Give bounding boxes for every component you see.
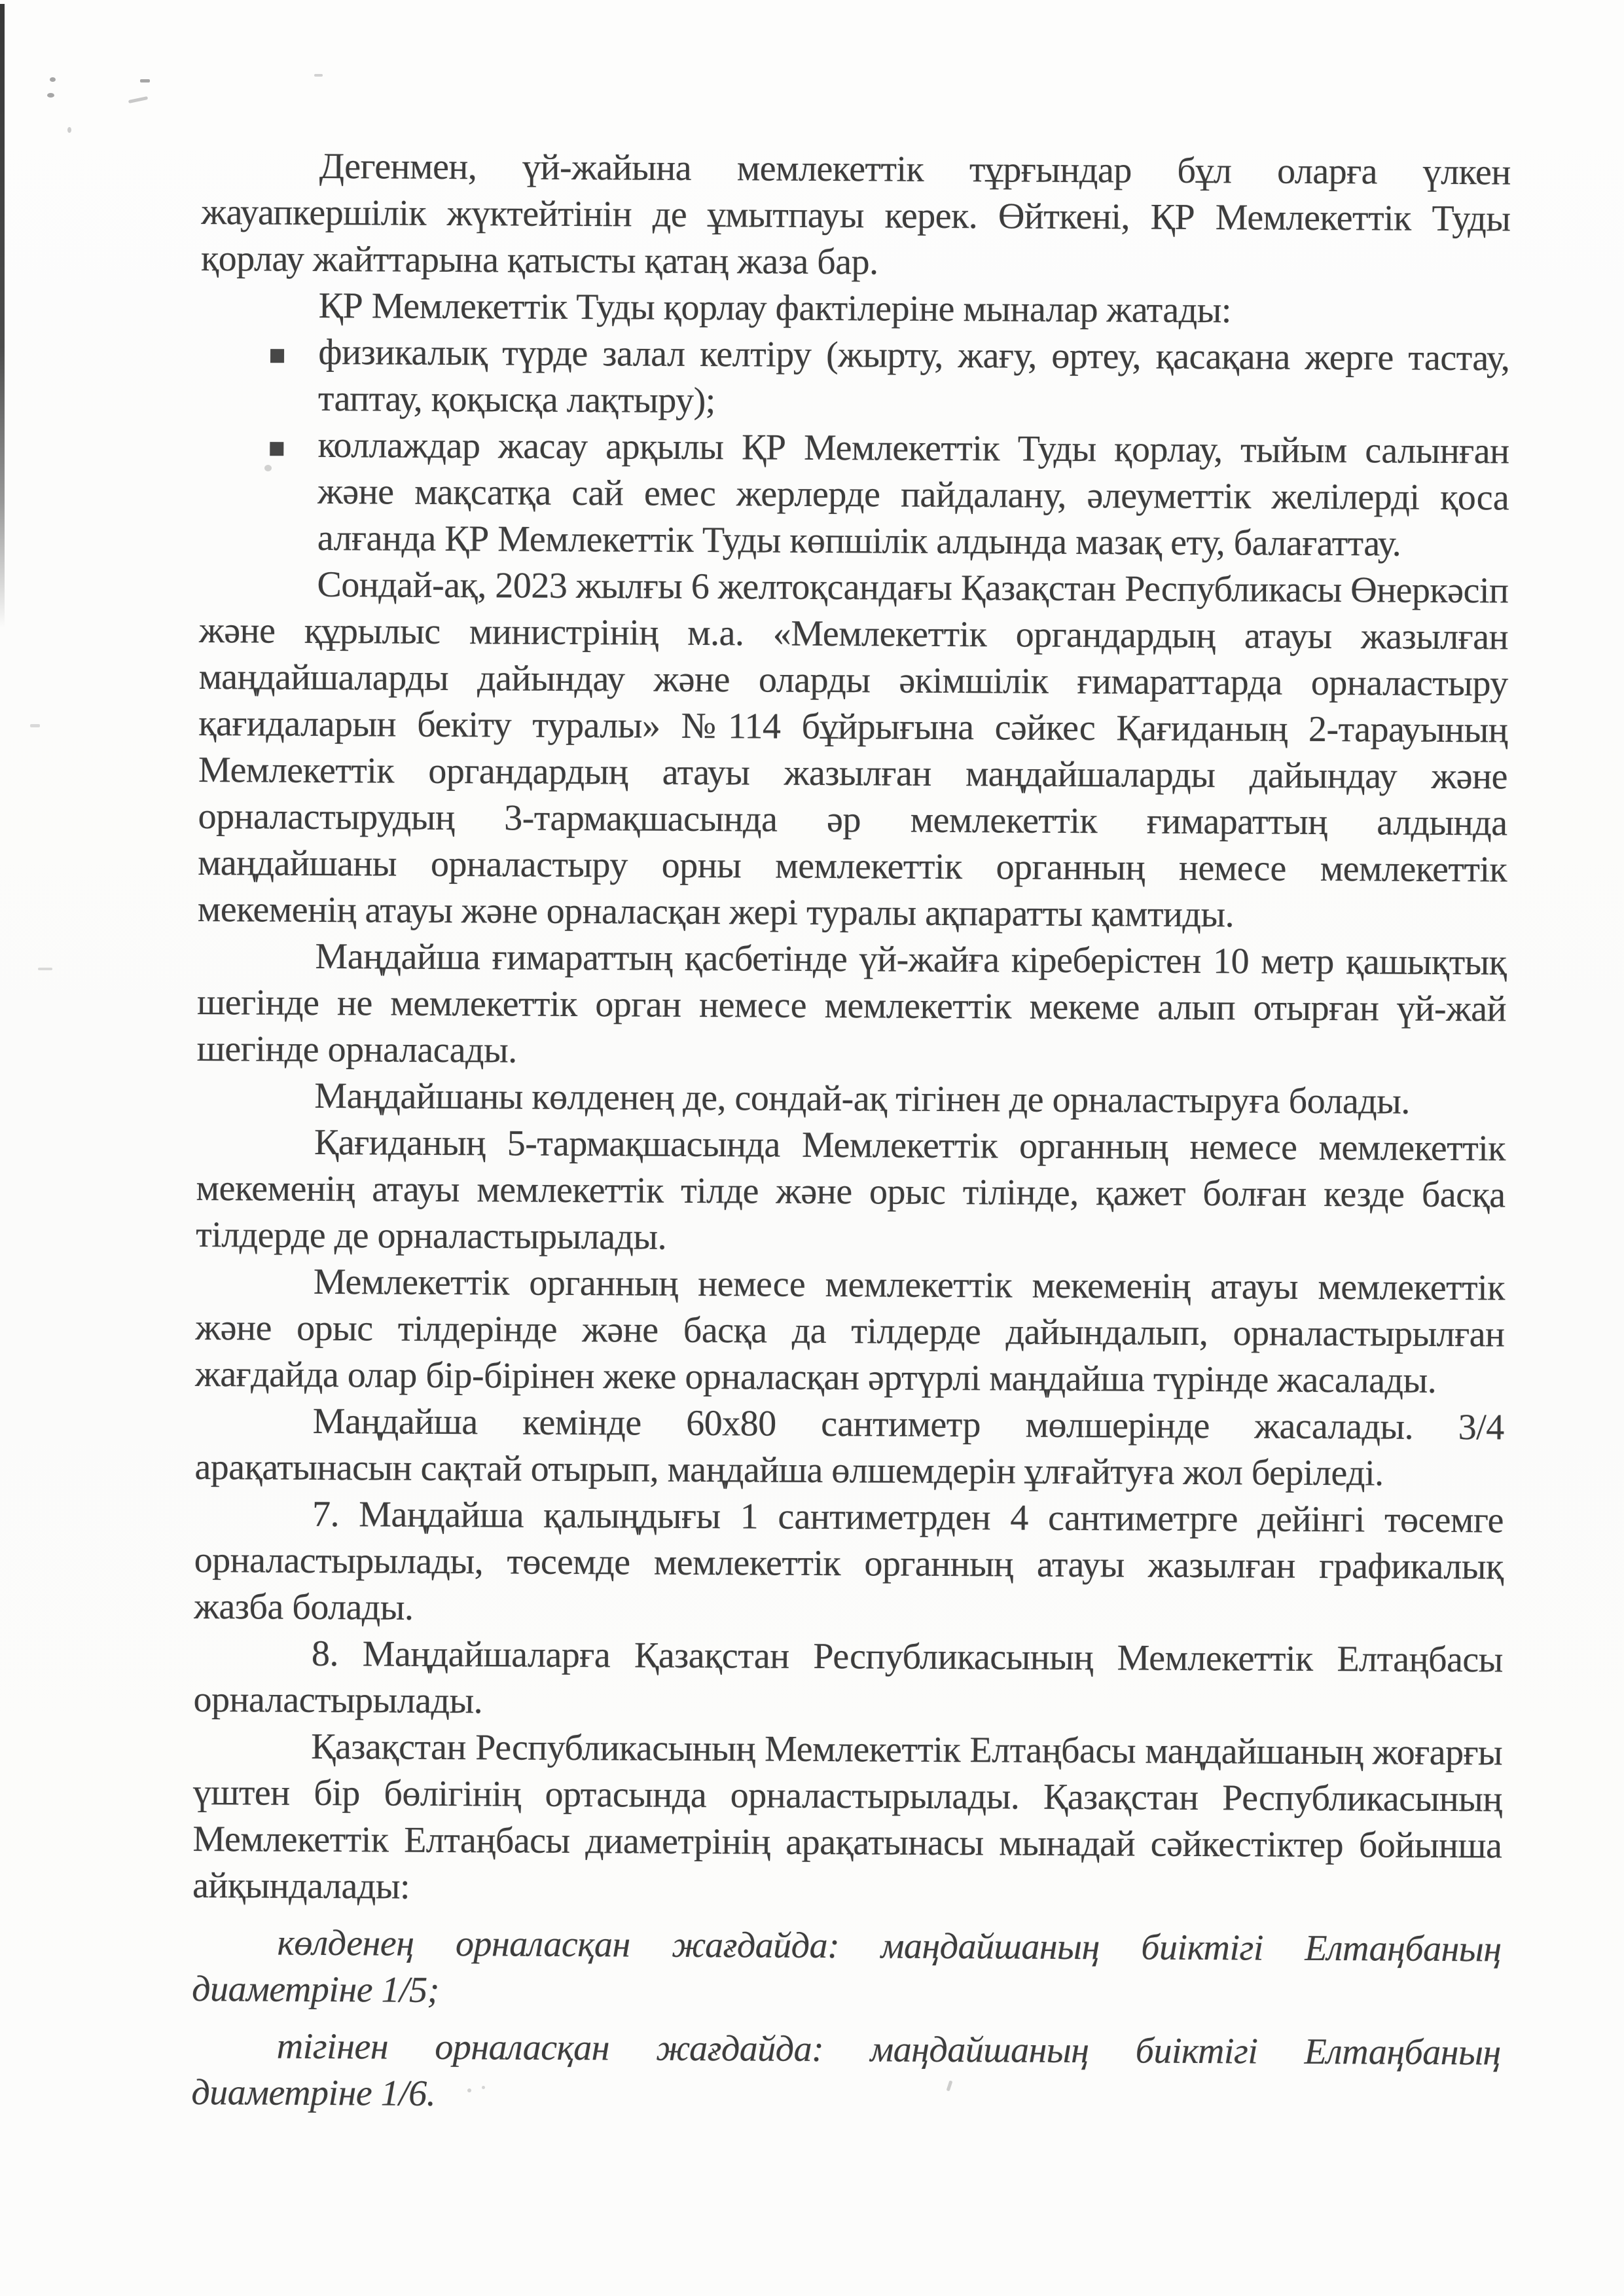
document-text: Дегенмен, үй-жайына мемлекеттік тұрғында… [191,143,1511,2123]
bullet-text: коллаждар жасау арқылы ҚР Мемлекеттік Ту… [317,422,1509,568]
bullet-square-icon: ▪ [268,331,286,377]
bullet-item-collage-mockery: ▪ коллаждар жасау арқылы ҚР Мемлекеттік … [200,422,1509,568]
paragraph-flag-facts-lead: ҚР Мемлекеттік Туды қорлау фактілеріне м… [201,282,1510,335]
paragraph-vertical-ratio: тігінен орналасқан жағдайда: маңдайшаның… [191,2023,1501,2123]
paragraph-intro: Дегенмен, үй-жайына мемлекеттік тұрғында… [201,143,1511,289]
scan-artifact [50,77,56,82]
scan-artifact [47,93,54,98]
paragraph-dimensions: Маңдайша кемінде 60х80 сантиметр мөлшері… [194,1398,1504,1497]
paragraph-separate-signboards: Мемлекеттік органның немесе мемлекеттік … [195,1258,1505,1404]
paragraph-item-7-thickness: 7. Маңдайша қалыңдығы 1 сантиметрден 4 с… [194,1491,1504,1637]
scan-artifact [128,96,148,103]
paragraph-signboard-placement: Маңдайша ғимараттың қасбетінде үй-жайға … [197,933,1507,1079]
scan-artifact [140,79,150,82]
paragraph-emblem-placement: Қазақстан Республикасының Мемлекеттік Ел… [192,1723,1502,1916]
document-page: Дегенмен, үй-жайына мемлекеттік тұрғында… [0,0,1624,2296]
bullet-text: физикалық түрде залал келтіру (жырту, жа… [318,329,1510,429]
scan-artifact [30,724,40,727]
paragraph-order-114: Сондай-ақ, 2023 жылғы 6 желтоқсандағы Қа… [198,561,1509,939]
scan-artifact [38,968,52,970]
paragraph-item-8-emblem: 8. Маңдайшаларға Қазақстан Республикасын… [193,1630,1503,1730]
paragraph-horizontal-ratio: көлденең орналасқан жағдайда: маңдайшаны… [192,1920,1502,2019]
scan-edge-artifact [0,4,5,627]
paragraph-orientation: Маңдайшаны көлденең де, сондай-ақ тігіне… [196,1072,1506,1125]
bullet-square-icon: ▪ [267,424,285,470]
bullet-item-physical-damage: ▪ физикалық түрде залал келтіру (жырту, … [200,329,1510,428]
scan-artifact [67,127,71,133]
scan-artifact [314,74,323,77]
paragraph-languages: Қағиданың 5-тармақшасында Мемлекеттік ор… [196,1119,1506,1265]
